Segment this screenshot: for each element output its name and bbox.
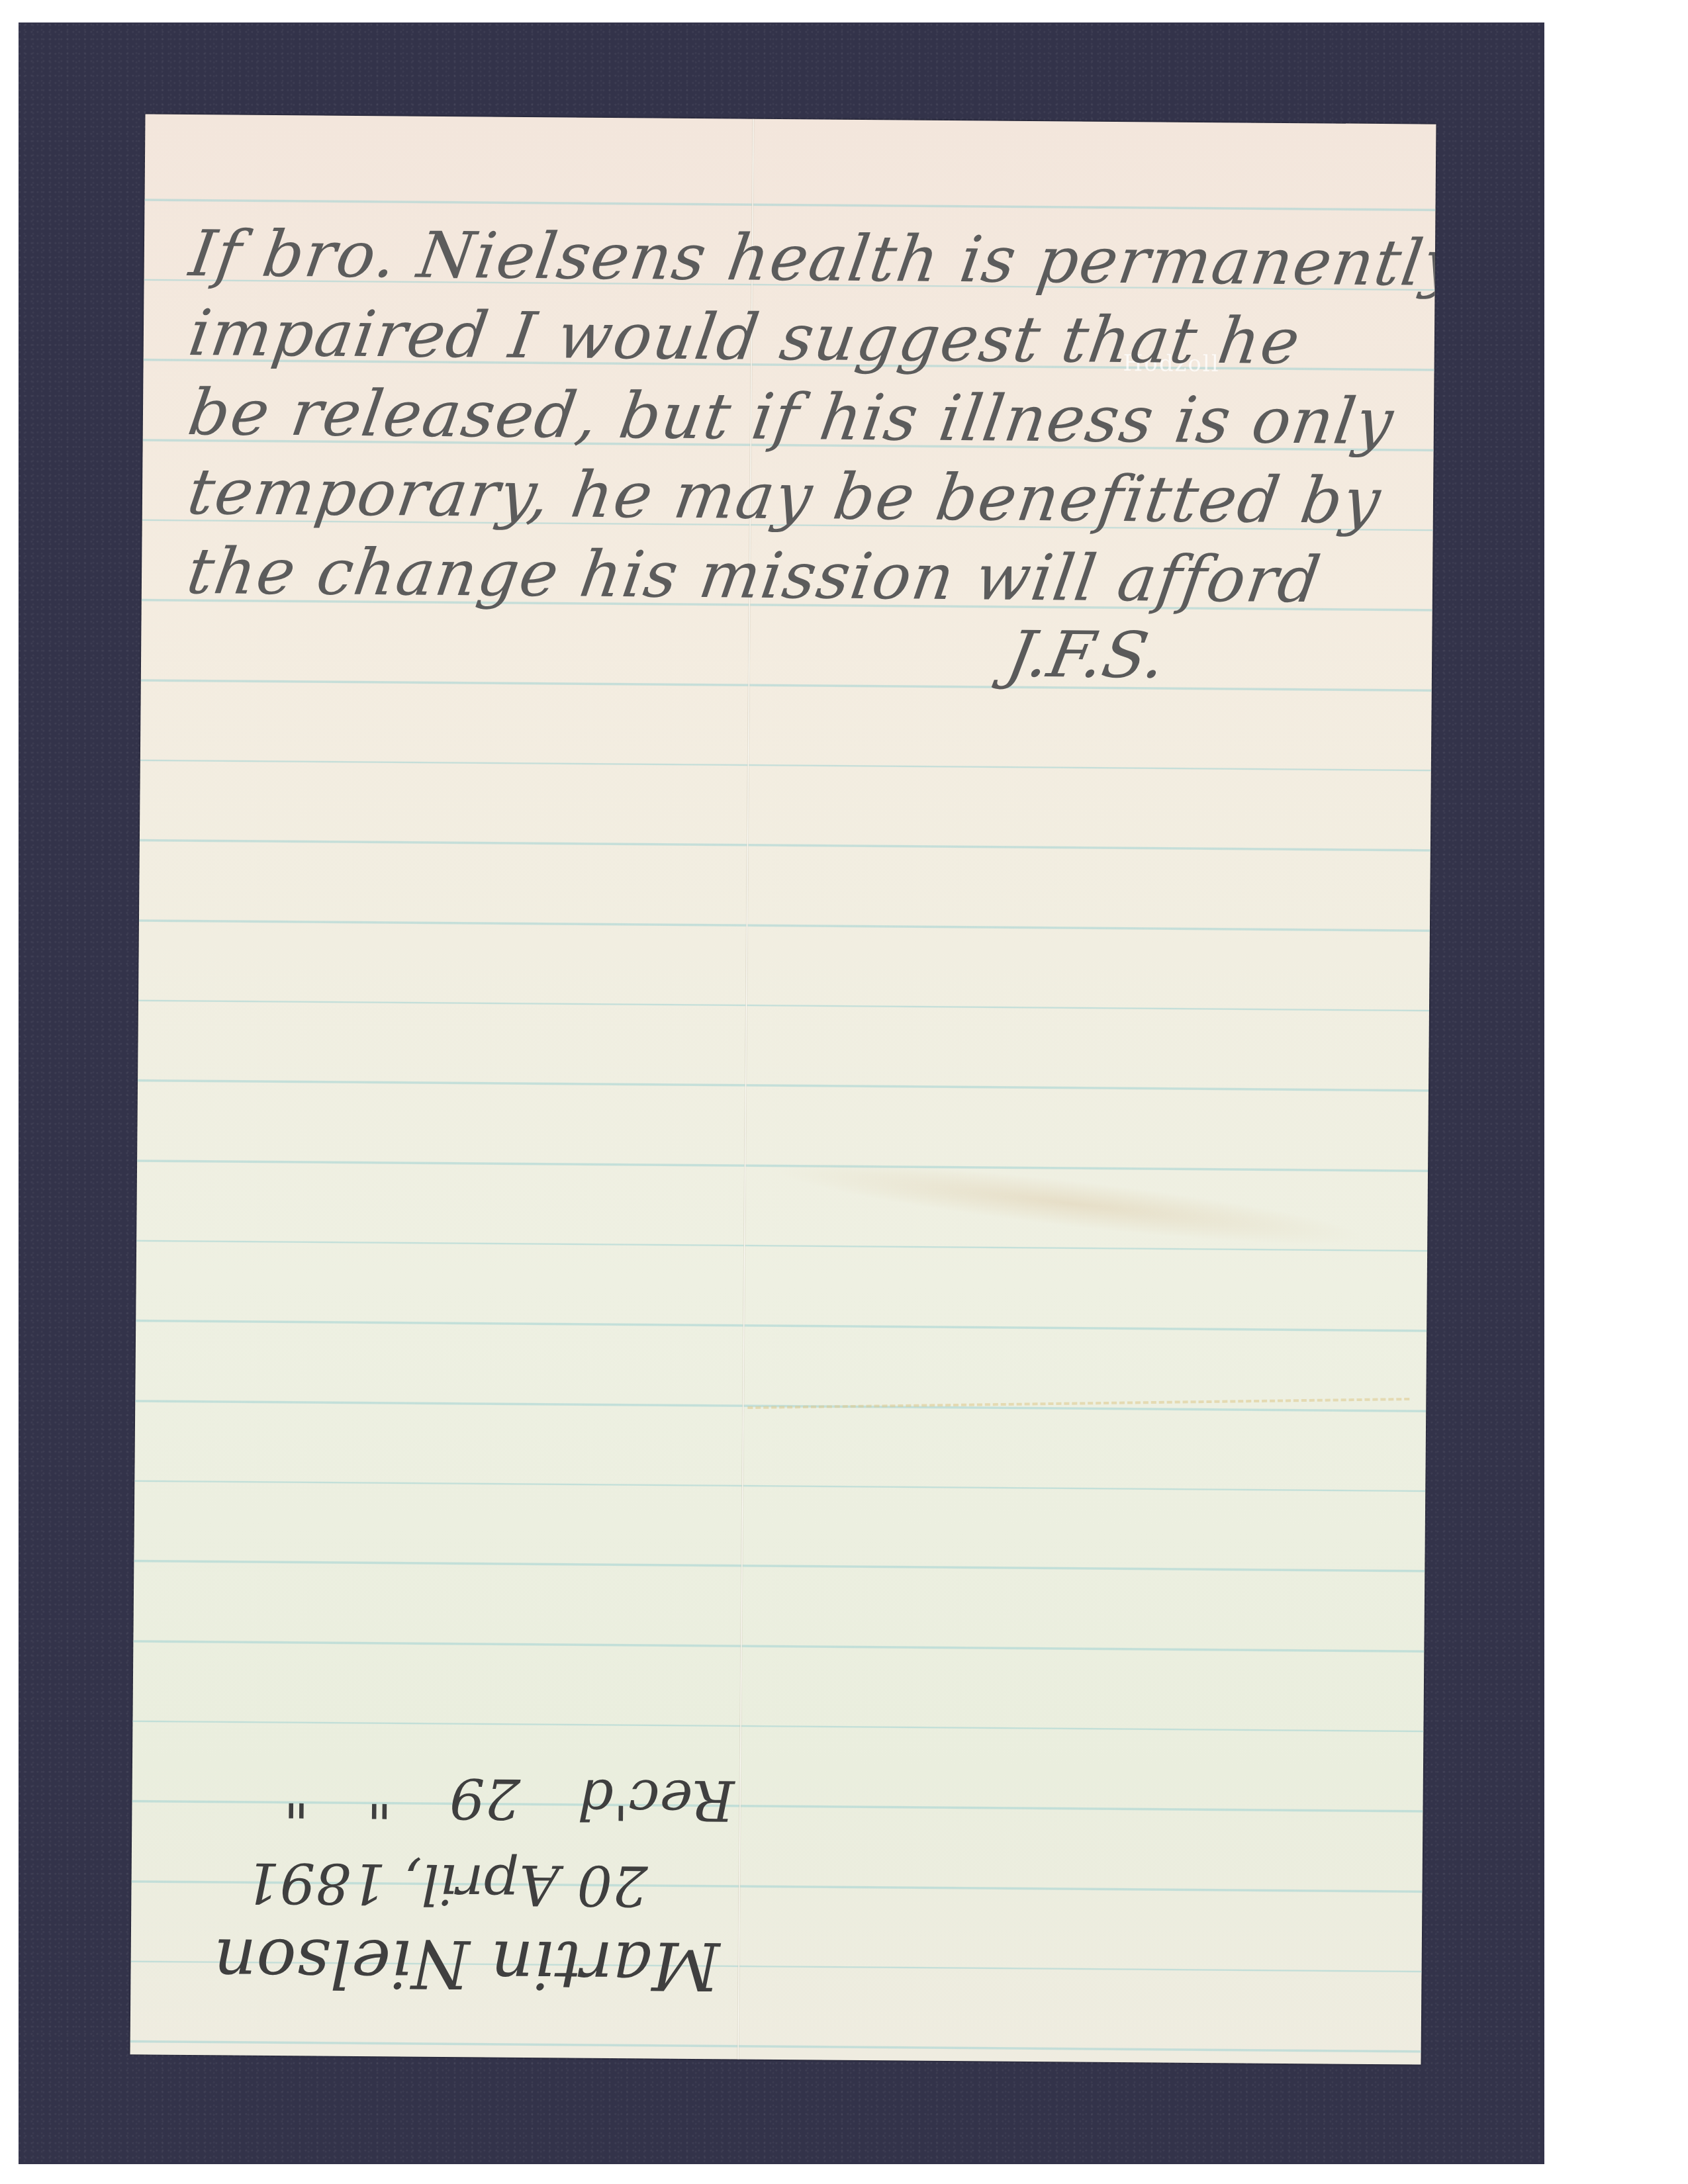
ditto-mark-1: " <box>366 1765 392 1830</box>
received-label: Rec'd <box>577 1767 735 1833</box>
letter-line-1: If bro. Nielsens health is permanently <box>185 214 1375 302</box>
signature-initials: J.F.S. <box>1002 617 1172 693</box>
endorsement-date: 20 April, 1891 <box>244 1850 648 1919</box>
letter-body: If bro. Nielsens health is permanently i… <box>188 214 1370 620</box>
letter-line-2: impaired I would suggest that he <box>184 293 1374 382</box>
letter-line-3: be released, but if his illness is only <box>183 373 1374 461</box>
received-day: 29 <box>449 1766 521 1831</box>
letter-sheet: Hodzoll If bro. Nielsens health is perma… <box>130 114 1436 2064</box>
letter-line-4: temporary, he may be benefitted by <box>183 452 1373 541</box>
endorsement-name: Martin Nielson <box>213 1923 720 2005</box>
letter-line-5: the change his mission will afford <box>182 531 1372 620</box>
docket-endorsement: Martin Nielson 20 April, 1891 Rec'd 29 "… <box>190 1696 749 2032</box>
ditto-mark-2: " <box>283 1764 309 1829</box>
endorsement-received: Rec'd 29 " " <box>244 1764 735 1833</box>
